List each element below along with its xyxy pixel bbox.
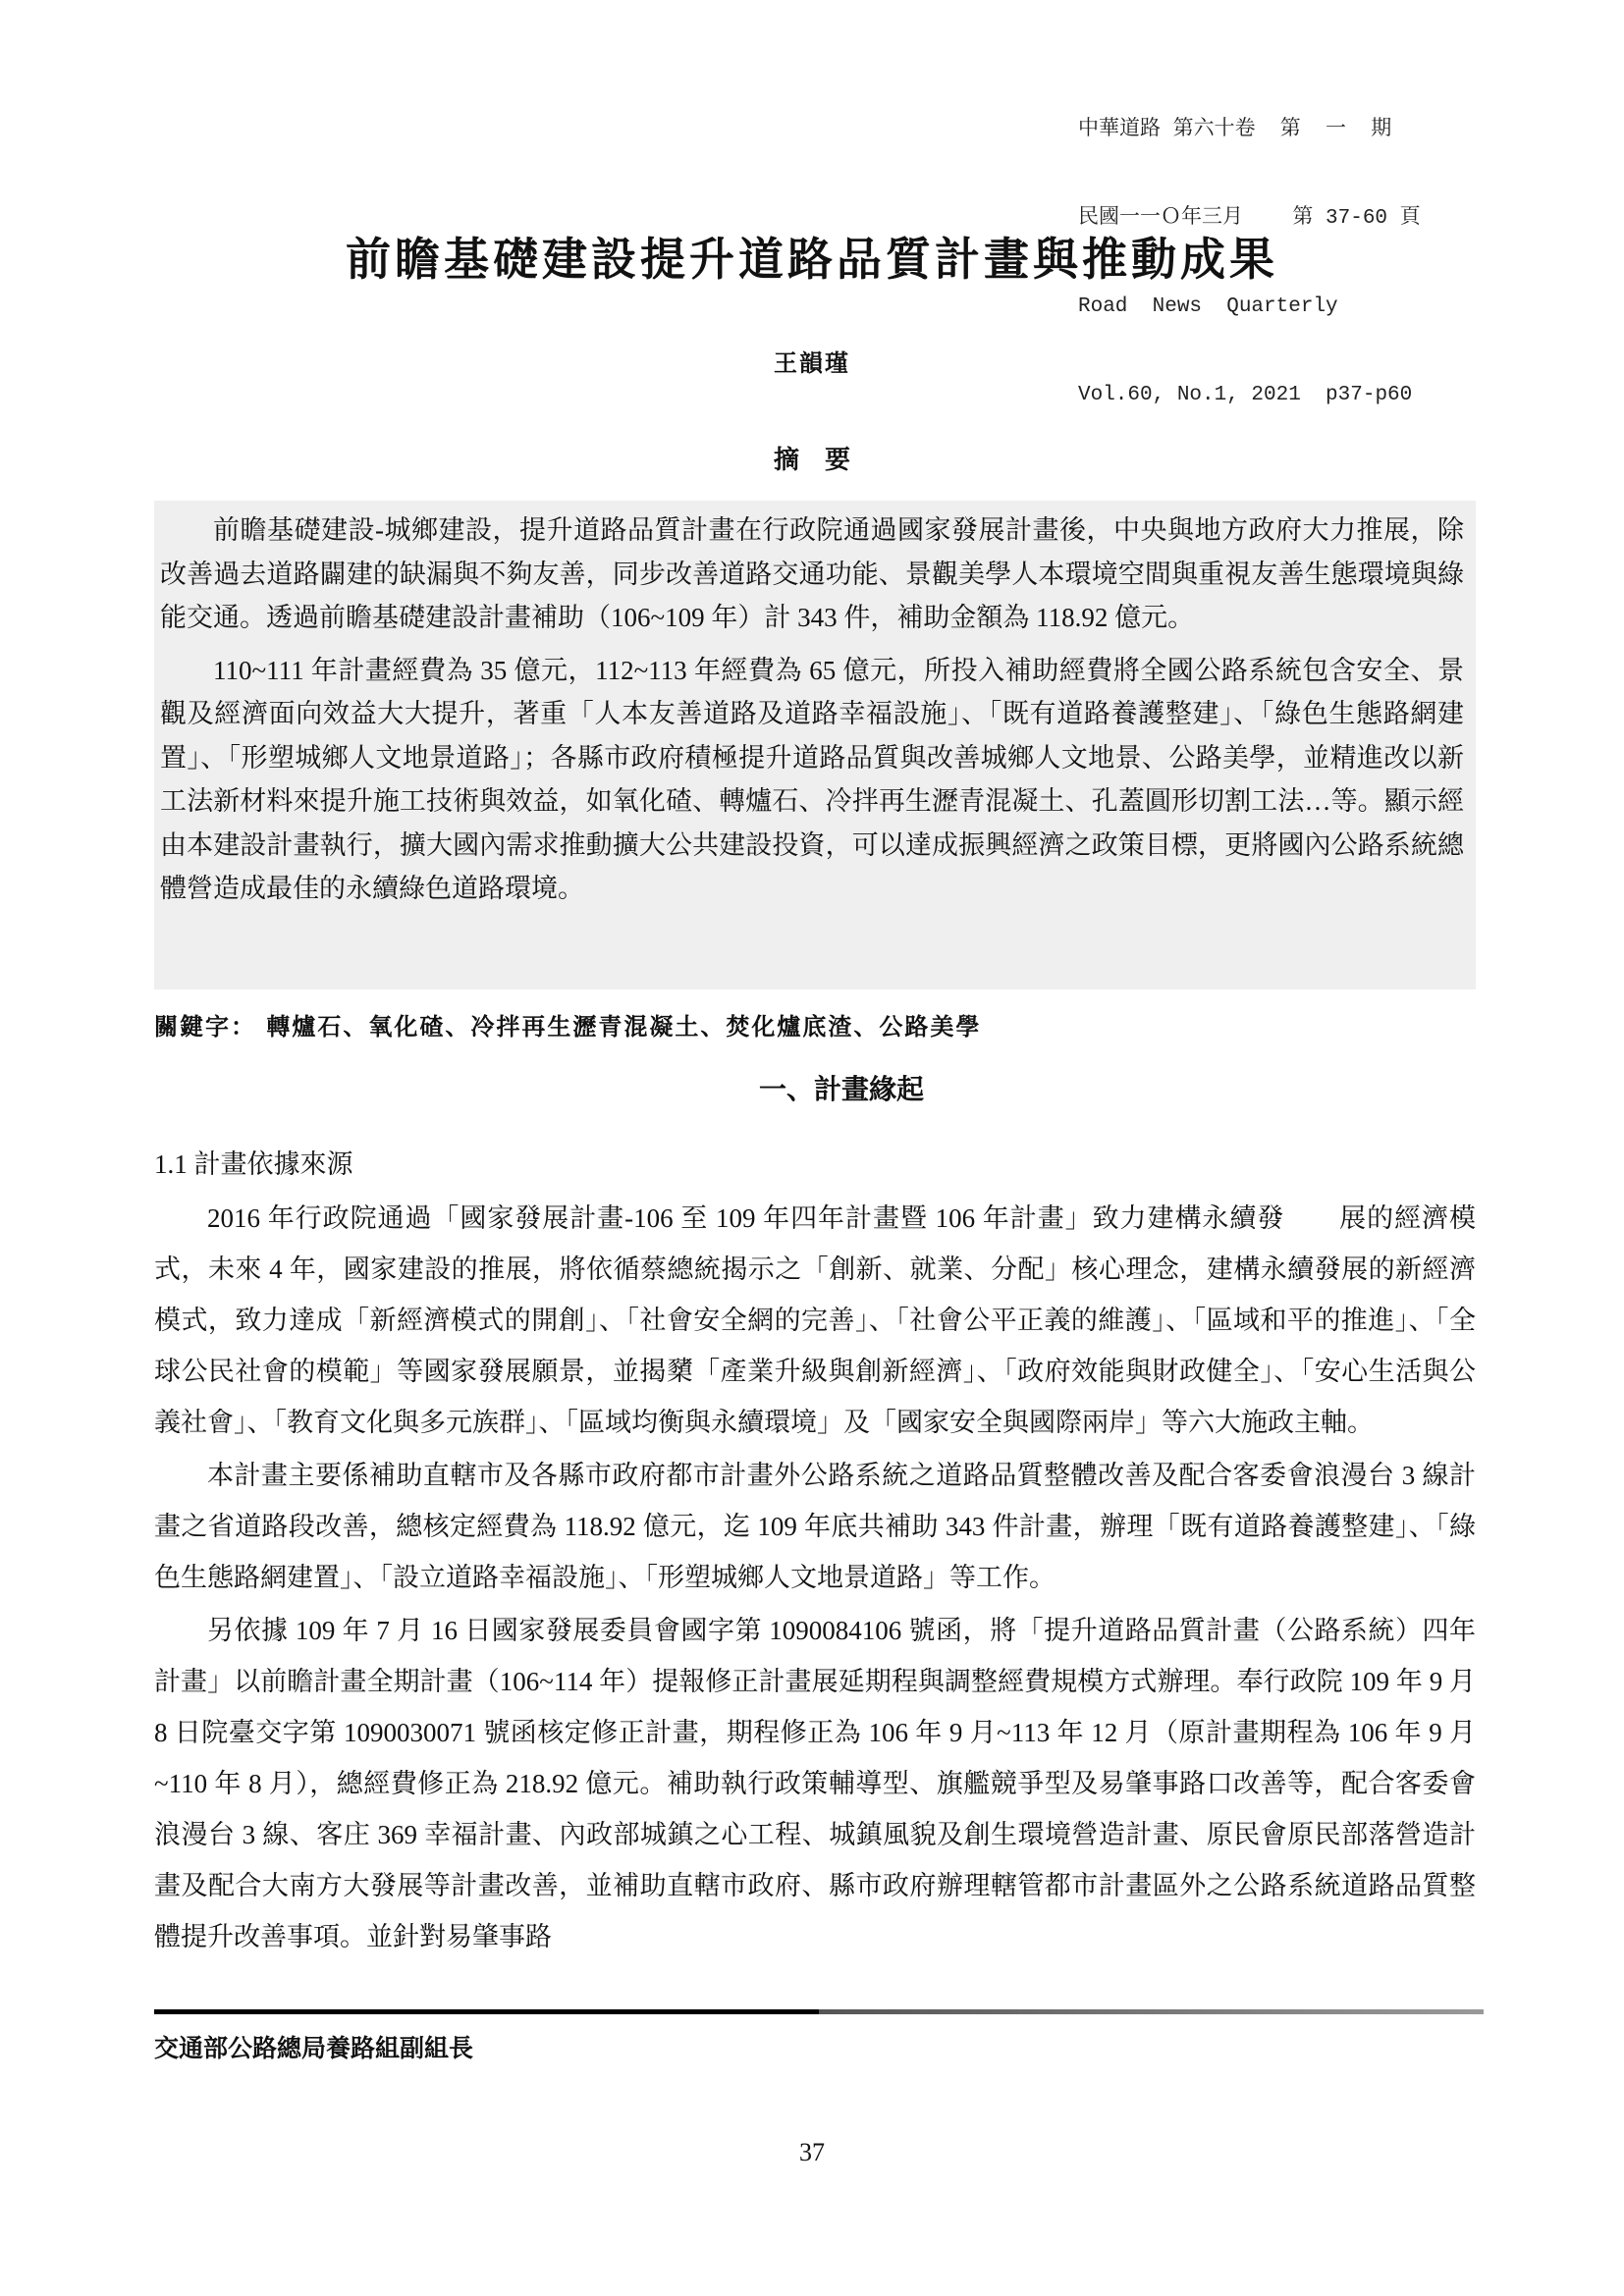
journal-header-volume: 中華道路 第六十卷 第 一 期	[1078, 116, 1421, 145]
body-paragraph-1: 2016 年行政院通過「國家發展計畫-106 至 109 年四年計畫暨 106 …	[154, 1193, 1476, 1448]
journal-header-english-name: Road News Quarterly	[1078, 293, 1421, 322]
section-heading: 一、計畫緣起	[0, 1068, 1624, 1107]
abstract-paragraph-2: 110~111 年計畫經費為 35 億元，112~113 年經費為 65 億元，…	[160, 649, 1464, 911]
page-number: 37	[0, 2138, 1624, 2167]
abstract-paragraph-1: 前瞻基礎建設-城鄉建設，提升道路品質計畫在行政院通過國家發展計畫後，中央與地方政…	[160, 508, 1464, 640]
author-name: 王韻瑾	[0, 344, 1624, 378]
footnote-divider	[154, 2009, 1484, 2014]
journal-header-english-volume: Vol.60, No.1, 2021 p37-p60	[1078, 381, 1421, 410]
abstract-heading: 摘要	[0, 440, 1624, 476]
keywords: 關鍵字： 轉爐石、氧化碴、冷拌再生瀝青混凝土、焚化爐底渣、公路美學	[154, 1007, 981, 1041]
subsection-heading: 1.1 計畫依據來源	[154, 1143, 353, 1181]
author-affiliation: 交通部公路總局養路組副組長	[154, 2029, 473, 2064]
paper-title: 前瞻基礎建設提升道路品質計畫與推動成果	[0, 224, 1624, 289]
abstract-box: 前瞻基礎建設-城鄉建設，提升道路品質計畫在行政院通過國家發展計畫後，中央與地方政…	[154, 501, 1476, 989]
body-paragraph-2: 本計畫主要係補助直轄市及各縣市政府都市計畫外公路系統之道路品質整體改善及配合客委…	[154, 1450, 1476, 1603]
body-paragraph-3: 另依據 109 年 7 月 16 日國家發展委員會國字第 1090084106 …	[154, 1605, 1476, 1962]
body-text: 2016 年行政院通過「國家發展計畫-106 至 109 年四年計畫暨 106 …	[154, 1193, 1476, 1962]
